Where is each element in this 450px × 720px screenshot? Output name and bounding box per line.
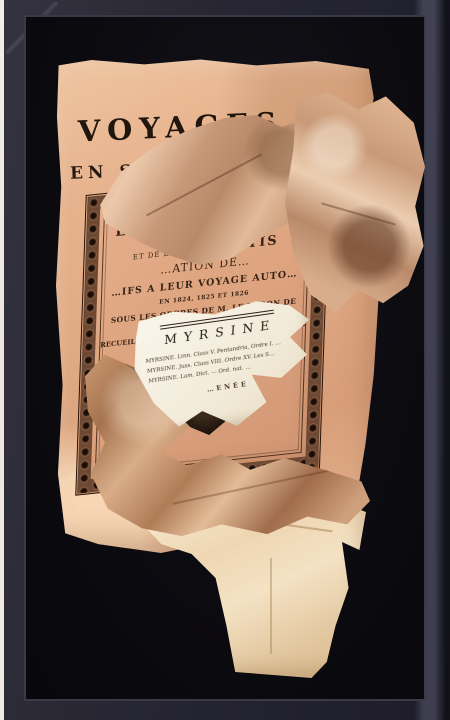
paper-crease bbox=[172, 468, 340, 506]
paper-crease bbox=[270, 558, 272, 654]
framed-collage-photo: VOYAGES DE … EN SCA ALB E LA FAVORISQUE … bbox=[0, 0, 450, 720]
paper-crease bbox=[146, 154, 262, 217]
paper-crease bbox=[321, 202, 396, 225]
crumpled-paper-right bbox=[285, 92, 425, 312]
collage-artwork: VOYAGES DE … EN SCA ALB E LA FAVORISQUE … bbox=[24, 15, 426, 701]
